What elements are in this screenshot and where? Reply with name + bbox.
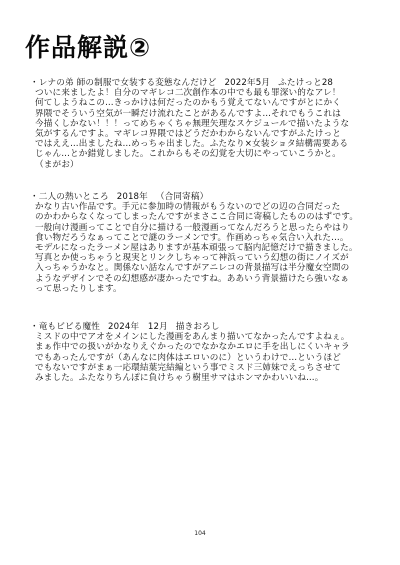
body-line: 入っちゃうかなと。関係ない話なんですがアニレコの背景描写は半分魔女空間の: [30, 263, 390, 273]
body-line: 界隈でそういう空気が一瞬だけ流れたことがあるんですよ…それでもうこれは: [30, 109, 390, 119]
body-line: でもないですがまぁ一応環結葉完結編という事でミスド三姉妹でえっちさせて: [30, 363, 390, 373]
body-line: でもあったんですが（あんなに肉体はエロいのに）というわけで…というほど: [30, 353, 390, 363]
body-line: 何てしようねこの…きっかけは何だったのかもう覚えてないんですがとにかく: [30, 98, 390, 108]
body-line: 気がするんですよ。マギレコ界隈ではどうだかわからないんですがふたけっと: [30, 129, 390, 139]
body-line: 今描くしかない！！！ってめちゃくちゃ無理矢理なスケジュールで描いたような: [30, 119, 390, 129]
section-heading: ・二人の熱いところ2018年（合同寄稿）: [30, 192, 390, 202]
work-commentary-section: ・二人の熱いところ2018年（合同寄稿） かなり古い作品です。手元に参加時の情報…: [30, 192, 390, 294]
body-line: ミスドの中でアオをメインにした漫画をあんまり描いてなかったんですよねぇ。: [30, 332, 390, 342]
work-event: ふたけっと28: [278, 78, 333, 88]
bullet: ・: [30, 78, 39, 88]
bullet: ・: [30, 192, 39, 202]
body-line: モデルになったラーメン屋はありますが基本頑張って脳内記憶だけで描きました。: [30, 243, 390, 253]
body-line: ついに来ましたよ！自分のマギレコ二次創作本の中でも最も罪深い的なアレ！: [30, 88, 390, 98]
body-line: （まがお）: [30, 160, 390, 170]
body-line: 一般向け漫画ってことで自分に描ける一般漫画ってなんだろうと思ったらやはり: [30, 223, 390, 233]
work-commentary-section: ・竜もビビる魔性2024年 12月描きおろし ミスドの中でアオをメインにした漫画…: [30, 322, 390, 383]
work-event: 描きおろし: [176, 322, 220, 332]
page-title: 作品解説②: [25, 33, 151, 63]
work-date: 2022年5月: [225, 78, 271, 88]
section-heading: ・竜もビビる魔性2024年 12月描きおろし: [30, 322, 390, 332]
section-heading: ・レナの弟 師の制服で女装する変態なんだけど2022年5月ふたけっと28: [30, 78, 390, 88]
work-title: 竜もビビる魔性: [39, 322, 100, 332]
body-line: ではええ…出ましたね…めっちゃ出ました。ふたなり×女装ショタ結構需要ある: [30, 139, 390, 149]
work-date: 2018年: [117, 192, 148, 202]
work-date: 2024年 12月: [108, 322, 168, 332]
work-title: レナの弟 師の制服で女装する変態なんだけど: [39, 78, 217, 88]
body-line: かなり古い作品です。手元に参加時の情報がもうないのでどの辺の合同だった: [30, 202, 390, 212]
bullet: ・: [30, 322, 39, 332]
body-line: 食い物だろうなぁってことで謎のラーメンです。作画めっちゃ気合い入れた…。: [30, 233, 390, 243]
body-line: 写真とか使っちゃうと現実とリンクしちゃって神浜っていう幻想の街にノイズが: [30, 253, 390, 263]
page-number: 104: [0, 530, 400, 537]
body-line: みました。ふたなりちんぽに負けちゃう樹里サマはホンマかわいいね…。: [30, 373, 390, 383]
work-commentary-section: ・レナの弟 師の制服で女装する変態なんだけど2022年5月ふたけっと28 ついに…: [30, 78, 390, 170]
body-line: まぁ作中での扱いがかなりえぐかったのでなかなかエロに手を出しにくいキャラ: [30, 342, 390, 352]
body-line: じゃん…とか錯覚しました。これからもその幻覚を大切にやっていこうかと。: [30, 149, 390, 159]
work-event: （合同寄稿）: [156, 192, 208, 202]
body-line: のかわからなくなってしまったんですがまさここ合同に寄稿したもののはずです。: [30, 212, 390, 222]
work-title: 二人の熱いところ: [39, 192, 109, 202]
body-line: ようなデザインでその幻想感が凄かったですね。ああいう背景描けたら強いなぁ: [30, 274, 390, 284]
body-line: って思ったりします。: [30, 284, 390, 294]
